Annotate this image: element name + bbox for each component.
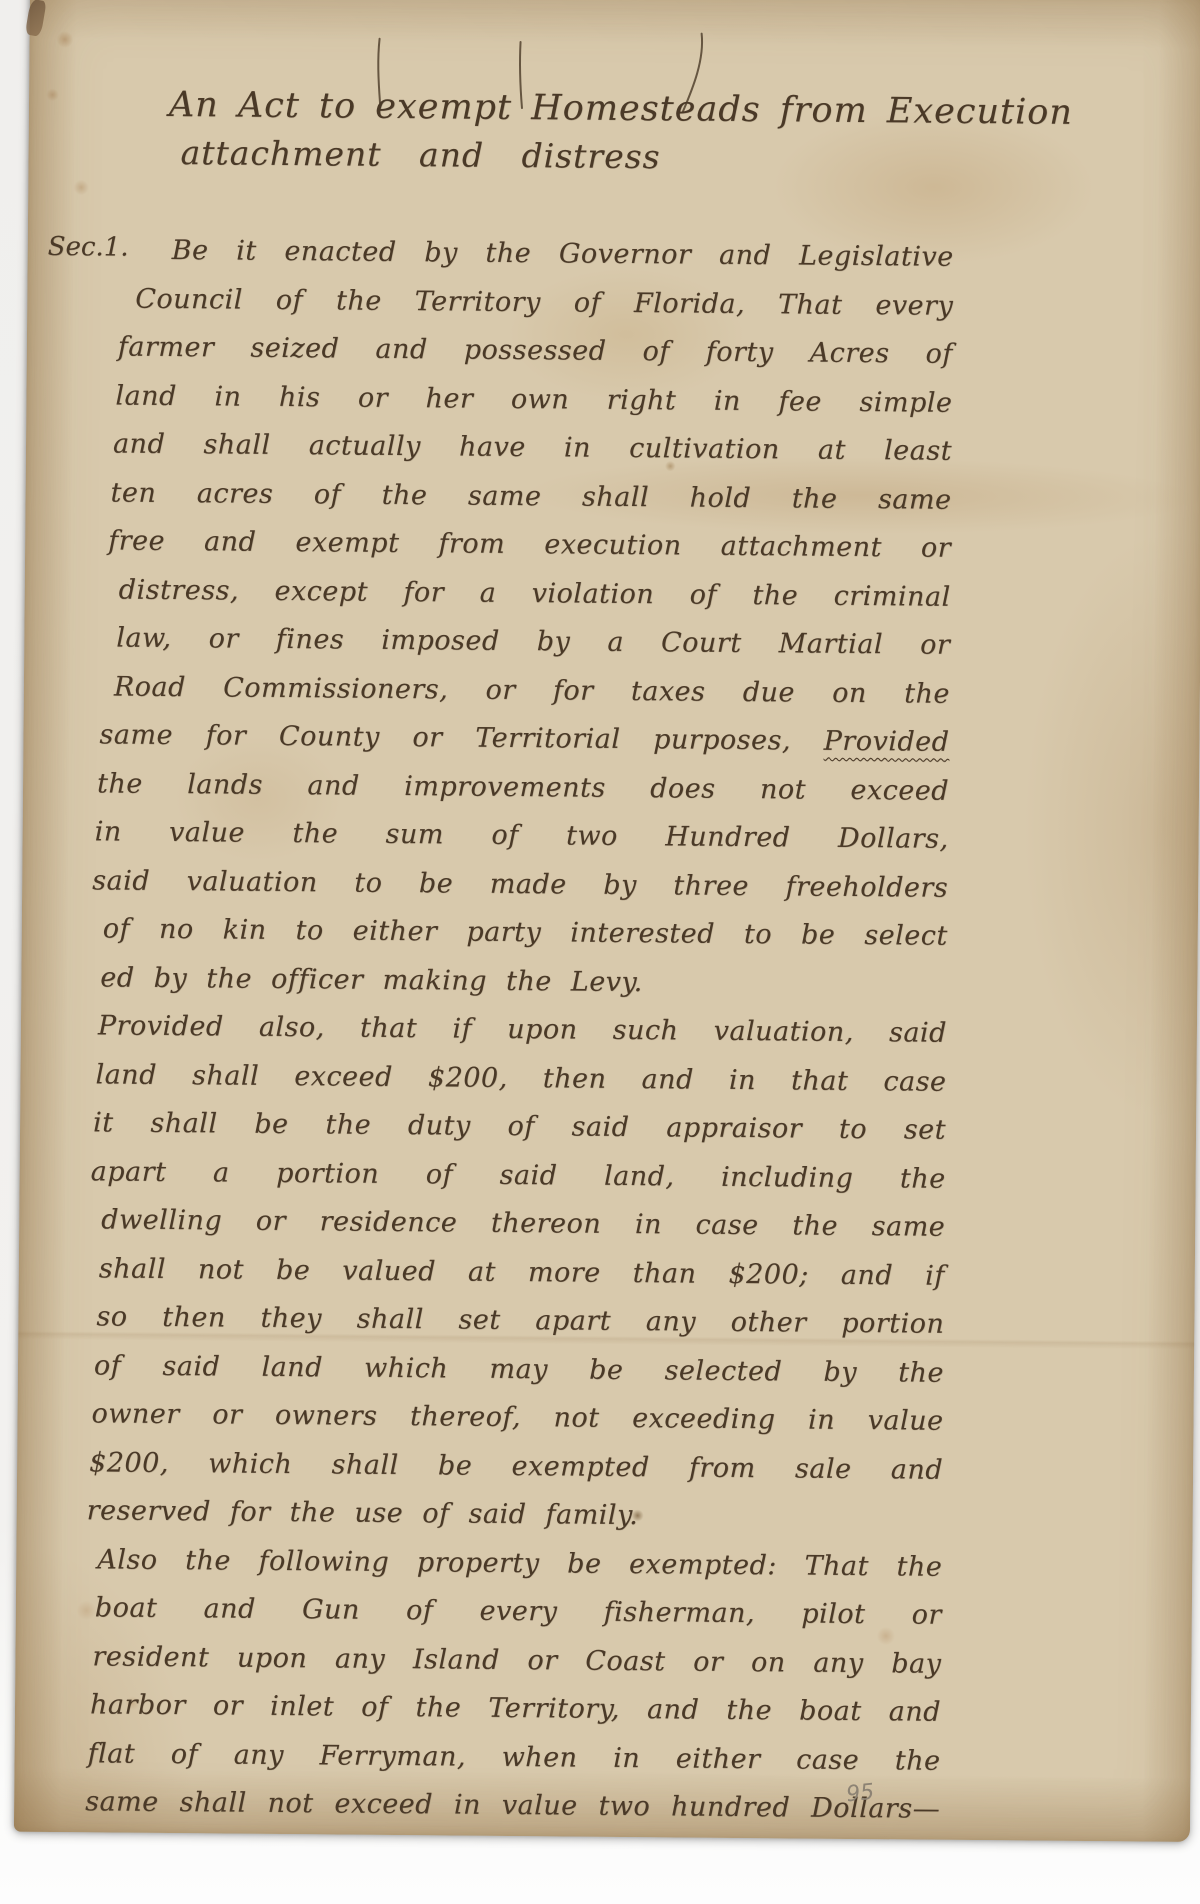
manuscript-line: Be it enacted by the Governor and Legisl… <box>92 226 954 282</box>
corner-fold-stain <box>25 0 47 37</box>
manuscript-line: of no kin to either party interested to … <box>86 905 948 961</box>
manuscript-line: reserved for the use of said family. <box>81 1487 943 1543</box>
manuscript-line: $200, which shall be exempted from sale … <box>81 1439 943 1495</box>
manuscript-line: so then they shall set apart any other p… <box>82 1293 944 1349</box>
manuscript-page: An Act to exempt Homesteads from Executi… <box>14 0 1200 1842</box>
manuscript-line: in value the sum of two Hundred Dollars, <box>86 808 948 864</box>
manuscript-line: law, or fines imposed by a Court Martial… <box>88 614 950 670</box>
underlined-word: Provided <box>824 726 950 758</box>
manuscript-line: ten acres of the same shall hold the sam… <box>89 469 951 525</box>
scanner-background: An Act to exempt Homesteads from Executi… <box>0 0 1200 1904</box>
manuscript-line: same shall not exceed in value two hundr… <box>78 1778 940 1834</box>
body-lines: Be it enacted by the Governor and Legisl… <box>78 226 954 1834</box>
manuscript-line: dwelling or residence thereon in case th… <box>83 1196 945 1252</box>
manuscript-line: it shall be the duty of said appraisor t… <box>84 1099 946 1155</box>
manuscript-line: said valuation to be made by three freeh… <box>86 857 948 913</box>
manuscript-line: farmer seized and possessed of forty Acr… <box>91 323 953 379</box>
document-title: An Act to exempt Homesteads from Executi… <box>168 85 1029 180</box>
manuscript-line: owner or owners thereof, not exceeding i… <box>81 1390 943 1446</box>
manuscript-line: land in his or her own right in fee simp… <box>90 372 952 428</box>
manuscript-line: land shall exceed $200, then and in that… <box>84 1051 946 1107</box>
manuscript-line: flat of any Ferryman, when in either cas… <box>78 1730 940 1786</box>
manuscript-line: harbor or inlet of the Territory, and th… <box>79 1681 941 1737</box>
manuscript-line: and shall actually have in cultivation a… <box>90 420 952 476</box>
manuscript-line: Road Commissioners, or for taxes due on … <box>88 663 950 719</box>
manuscript-line: ed by the officer making the Levy. <box>85 954 947 1010</box>
document-title-line2: attachment and distress <box>168 133 1028 180</box>
manuscript-line: resident upon any Island or Coast or on … <box>79 1633 941 1689</box>
manuscript-line: same for County or Territorial purposes,… <box>87 711 949 767</box>
manuscript-line: shall not be valued at more than $200; a… <box>83 1245 945 1301</box>
manuscript-line: Also the following property be exempted:… <box>80 1536 942 1592</box>
manuscript-line: distress, except for a violation of the … <box>89 566 951 622</box>
manuscript-line: boat and Gun of every fisherman, pilot o… <box>80 1584 942 1640</box>
manuscript-line: Provided also, that if upon such valuati… <box>85 1002 947 1058</box>
document-title-line1: An Act to exempt Homesteads from Executi… <box>169 85 1029 133</box>
manuscript-line: apart a portion of said land, including … <box>83 1148 945 1204</box>
manuscript-line: Council of the Territory of Florida, Tha… <box>91 275 953 331</box>
manuscript-line: free and exempt from execution attachmen… <box>89 517 951 573</box>
manuscript-line: of said land which may be selected by th… <box>82 1342 944 1398</box>
manuscript-line: the lands and improvements does not exce… <box>87 760 949 816</box>
page-number: 95 <box>845 1780 875 1808</box>
